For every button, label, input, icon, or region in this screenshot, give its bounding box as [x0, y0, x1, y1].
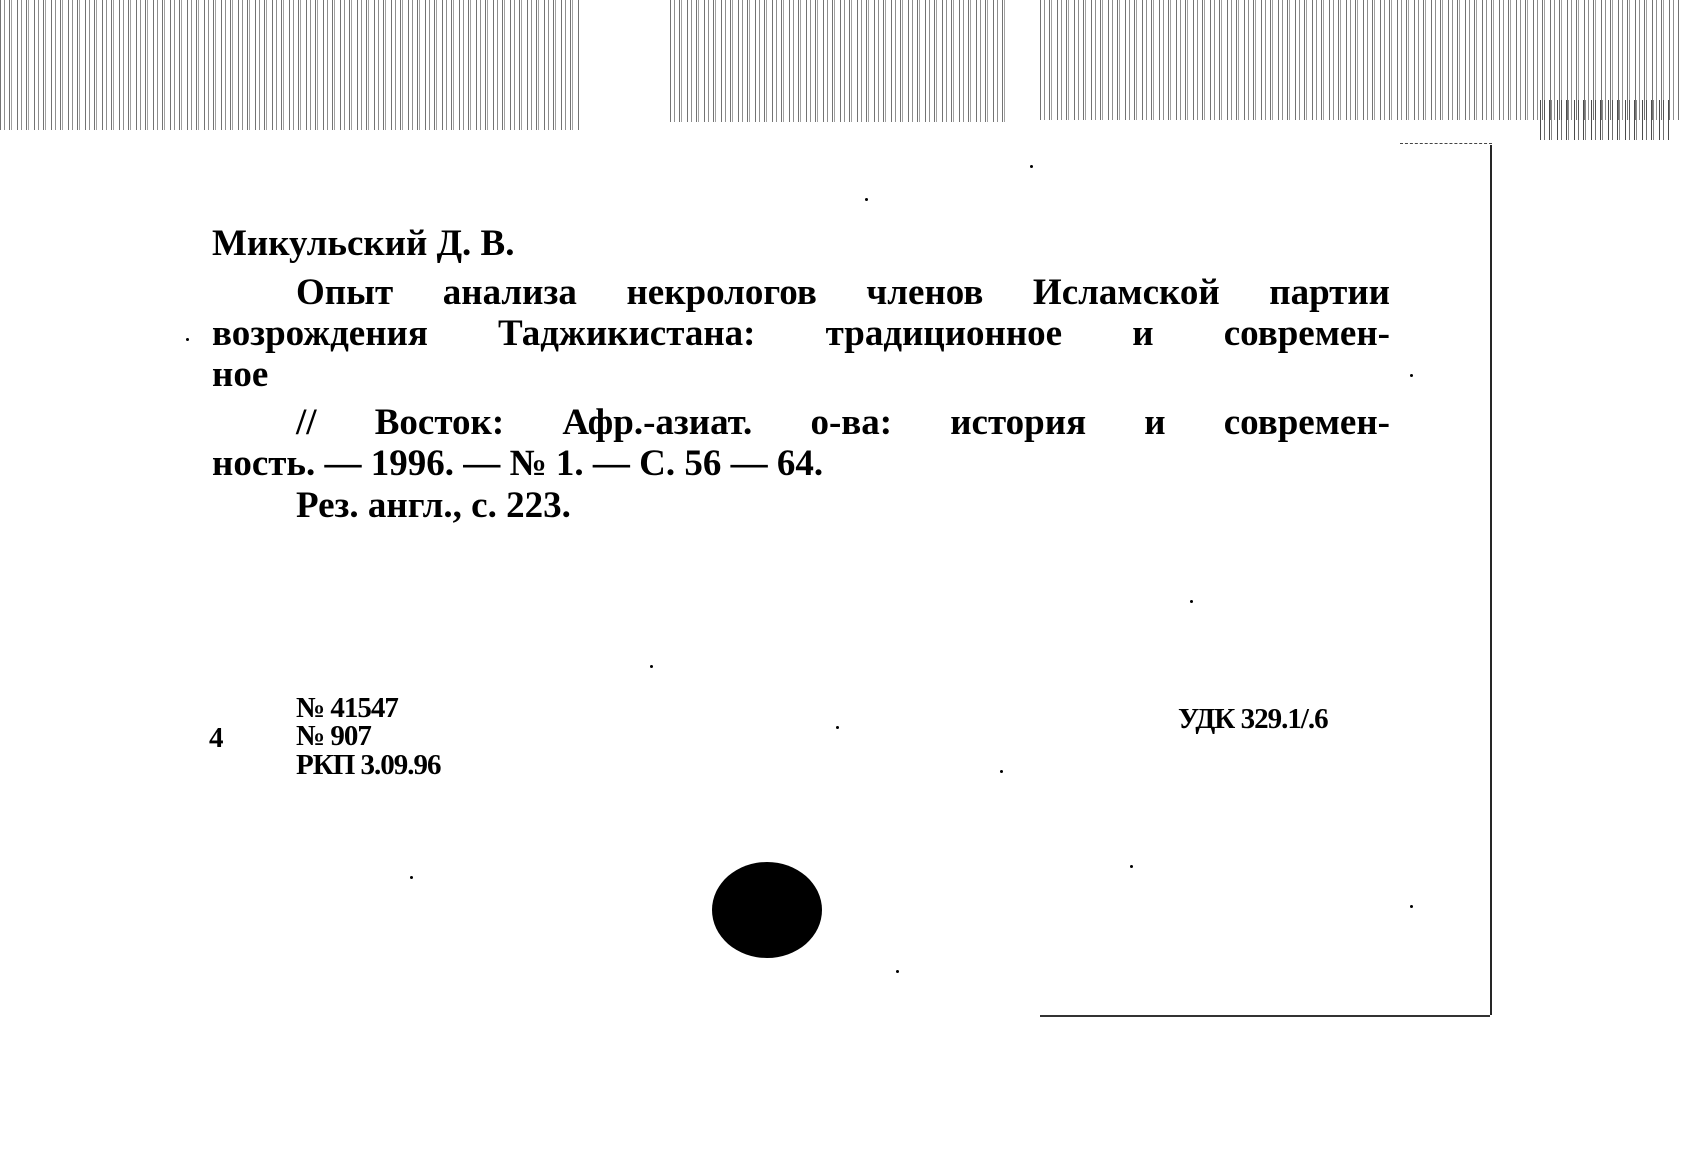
scan-speck — [650, 665, 653, 668]
scan-speck — [1190, 600, 1193, 603]
scan-artifact-strip — [1540, 100, 1670, 140]
scan-speck — [896, 970, 899, 973]
card-summary: Рез. англ., с. 223. — [296, 487, 571, 525]
card-title-line: возрождения Таджикистана: традиционное и… — [212, 315, 1390, 353]
scan-speck — [836, 726, 839, 729]
card-border-right — [1490, 145, 1492, 1015]
scan-speck — [1410, 905, 1413, 908]
card-source-line: ность. — 1996. — № 1. — С. 56 — 64. — [212, 445, 1390, 483]
card-source-line: // Восток: Афр.-азиат. о-ва: история и с… — [212, 404, 1390, 442]
scan-speck — [1130, 865, 1133, 868]
scan-speck — [865, 198, 868, 201]
rkp-date: РКП 3.09.96 — [296, 751, 441, 779]
card-border-bottom — [1040, 1015, 1490, 1017]
scan-speck — [186, 338, 189, 341]
card-index-number: 4 — [209, 724, 223, 752]
card-title-line: ное — [212, 356, 1390, 394]
card-author: Микульский Д. В. — [212, 225, 514, 263]
udk-code: УДК 329.1/.6 — [1178, 703, 1328, 736]
scan-speck — [410, 876, 413, 879]
card-border-top — [1400, 143, 1492, 145]
scan-artifact-strip — [670, 0, 1010, 122]
scan-speck — [1410, 374, 1413, 377]
scan-artifact-strip — [0, 0, 580, 130]
scan-speck — [1030, 165, 1033, 168]
catalog-number: № 907 — [296, 722, 371, 750]
scan-speck — [1000, 770, 1003, 773]
catalog-number: № 41547 — [296, 694, 398, 722]
card-title-line: Опыт анализа некрологов членов Исламской… — [212, 274, 1390, 312]
punch-hole — [712, 862, 822, 958]
